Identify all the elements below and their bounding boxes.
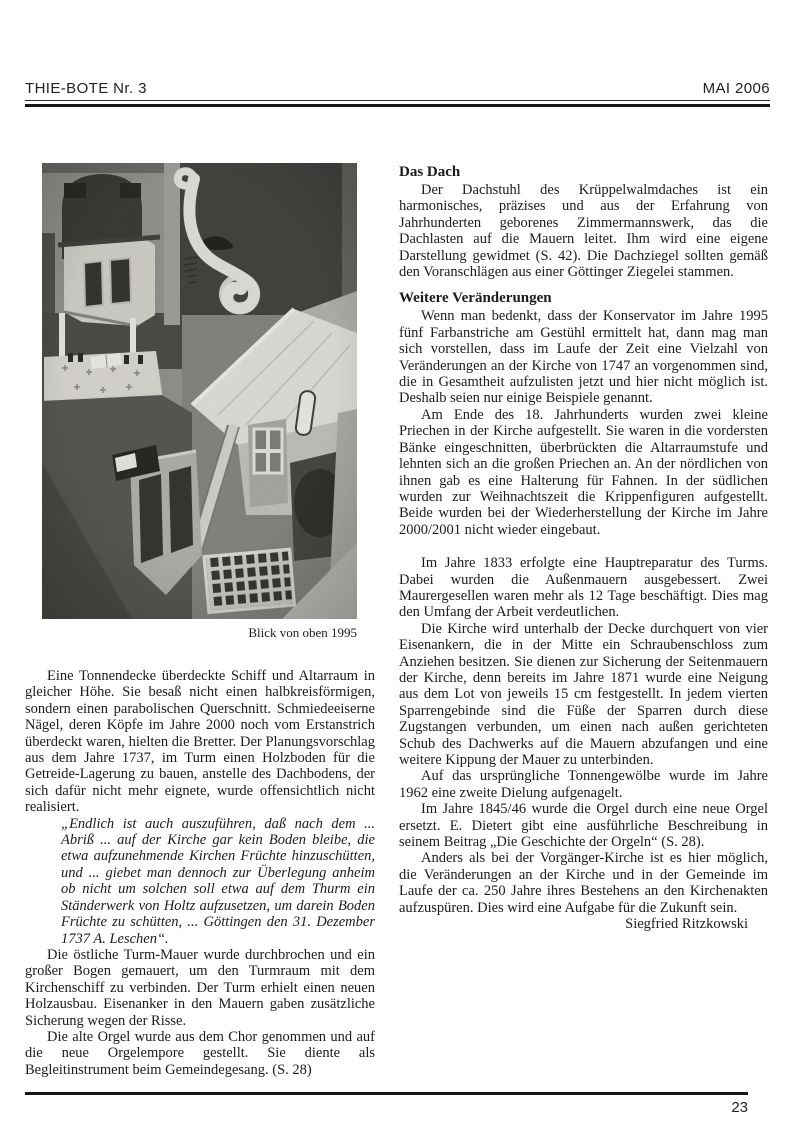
paragraph-vorgaenger-kirche: Anders als bei der Vorgänger-Kirche ist … xyxy=(399,850,768,916)
photo-caption: Blick von oben 1995 xyxy=(42,626,357,640)
two-column-layout: Blick von oben 1995 Eine Tonnendecke übe… xyxy=(25,163,768,1078)
paragraph-alte-orgel: Die alte Orgel wurde aus dem Chor genomm… xyxy=(25,1029,375,1078)
photo-figure: Blick von oben 1995 xyxy=(42,163,357,640)
paragraph-orgel-1845: Im Jahre 1845/46 wurde die Orgel durch e… xyxy=(399,801,768,850)
magazine-page: THIE-BOTE Nr. 3 MAI 2006 xyxy=(0,0,800,1131)
right-column: Das Dach Der Dachstuhl des Krüppelwalmda… xyxy=(399,163,768,1078)
journal-title: THIE-BOTE Nr. 3 xyxy=(25,80,147,97)
footer-rule xyxy=(25,1092,748,1095)
header-rule-thick xyxy=(25,104,770,107)
heading-weitere-veraenderungen: Weitere Veränderungen xyxy=(399,289,768,308)
issue-date: MAI 2006 xyxy=(703,80,770,97)
paragraph-tonnendecke: Eine Tonnendecke überdeckte Schiff und A… xyxy=(25,668,375,816)
paragraph-eisenanker: Die Kirche wird unterhalb der Decke durc… xyxy=(399,621,768,769)
page-number: 23 xyxy=(25,1099,748,1116)
paragraph-dachstuhl: Der Dachstuhl des Krüppelwalmdaches ist … xyxy=(399,182,768,280)
author-signature: Siegfried Ritzkowski xyxy=(399,916,768,932)
quote-leschen-1737: „Endlich ist auch auszuführen, daß nach … xyxy=(61,816,375,947)
left-column: Blick von oben 1995 Eine Tonnendecke übe… xyxy=(25,163,375,1078)
heading-das-dach: Das Dach xyxy=(399,163,768,182)
paragraph-tonnengewoelbe: Auf das ursprüngliche Tonnengewölbe wurd… xyxy=(399,768,768,801)
paragraph-konservator: Wenn man bedenkt, dass der Konservator i… xyxy=(399,308,768,406)
church-interior-photo xyxy=(42,163,357,619)
paragraph-hauptreparatur: Im Jahre 1833 erfolgte eine Hauptreparat… xyxy=(399,555,768,621)
page-header: THIE-BOTE Nr. 3 MAI 2006 xyxy=(25,80,770,107)
paragraph-turm-mauer: Die östliche Turm-Mauer wurde durchbroch… xyxy=(25,947,375,1029)
page-footer: 23 xyxy=(25,1089,748,1116)
paragraph-priechen: Am Ende des 18. Jahrhunderts wurden zwei… xyxy=(399,407,768,538)
header-rule-thin xyxy=(25,100,770,101)
